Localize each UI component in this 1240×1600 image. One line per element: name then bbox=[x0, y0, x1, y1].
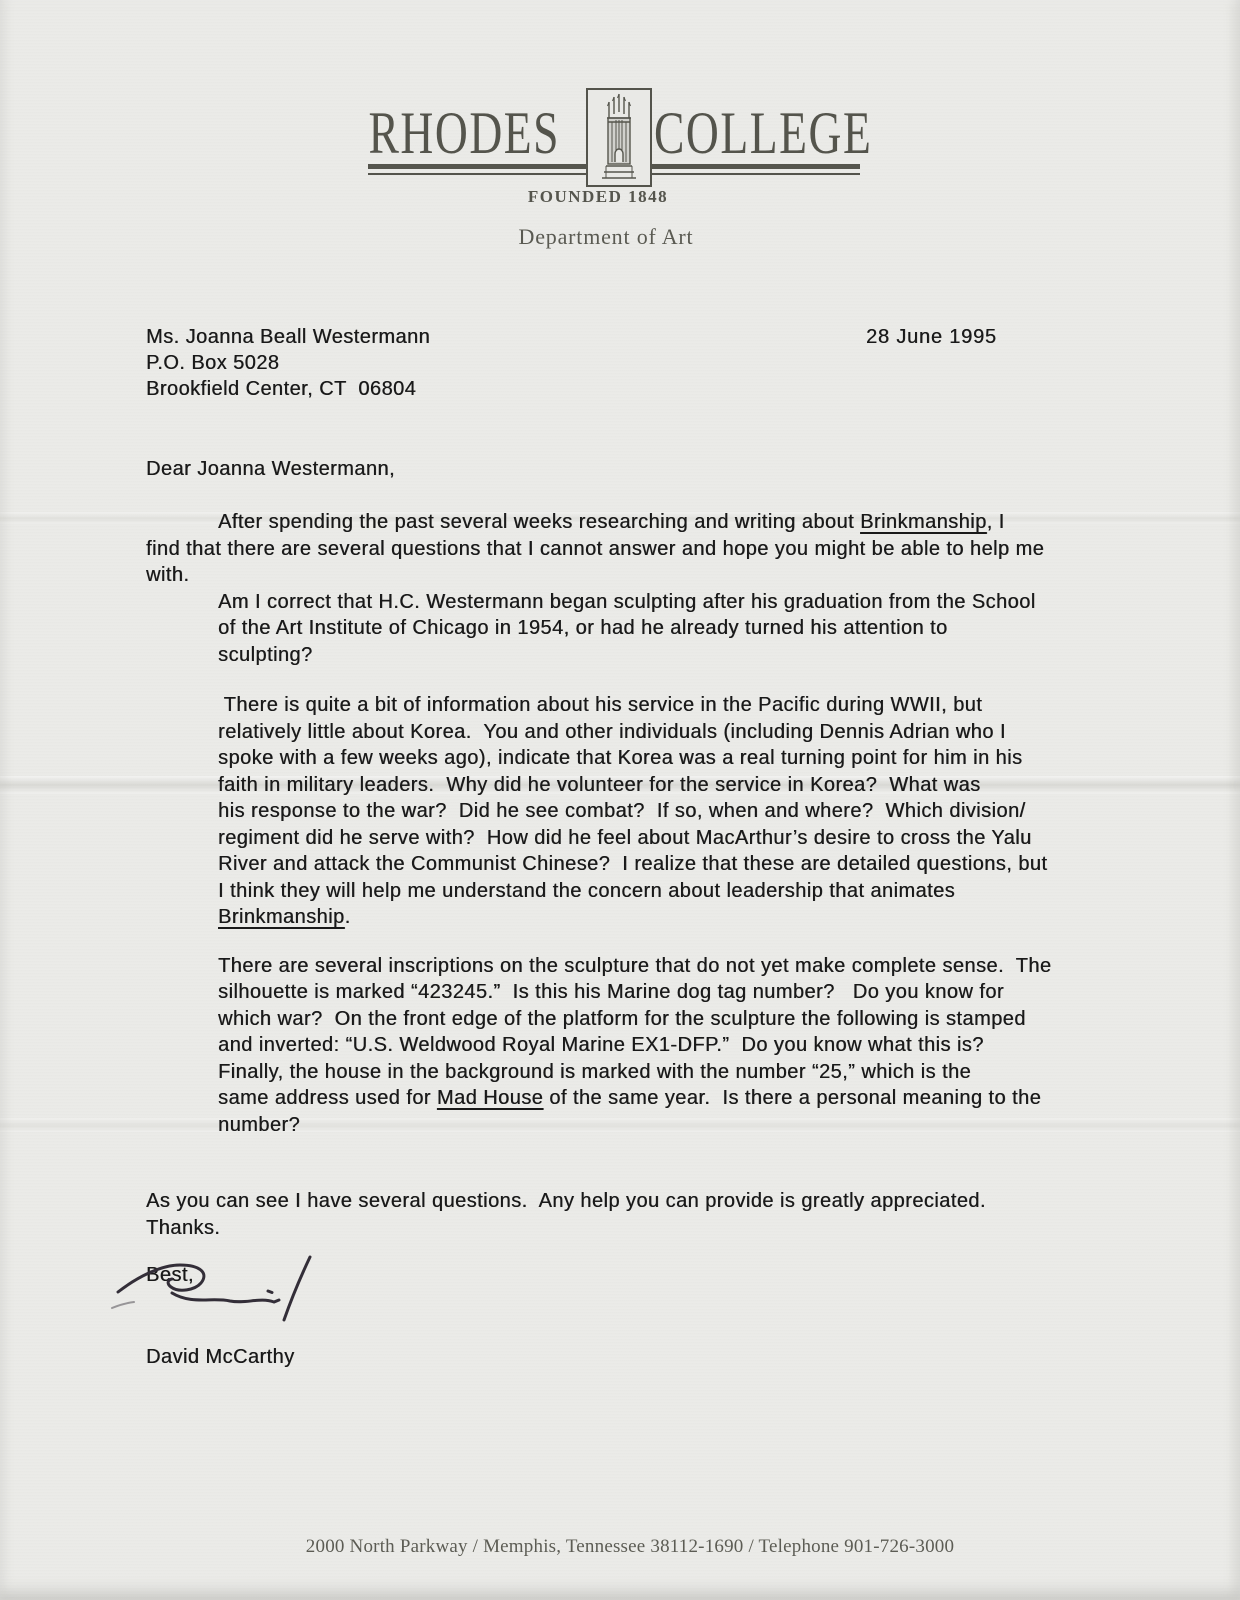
recipient-line: Brookfield Center, CT 06804 bbox=[146, 376, 430, 402]
recipient-block: Ms. Joanna Beall WestermannP.O. Box 5028… bbox=[146, 324, 430, 402]
letterhead-wordmark-right: COLLEGE bbox=[654, 103, 941, 167]
letter-line: There is quite a bit of information abou… bbox=[146, 692, 1126, 719]
date-line: 28 June 1995 bbox=[866, 324, 997, 351]
handwritten-signature-icon bbox=[110, 1252, 332, 1336]
department-line: Department of Art bbox=[0, 224, 1226, 250]
recipient-line: Ms. Joanna Beall Westermann bbox=[146, 324, 430, 350]
letter-line: which war? On the front edge of the plat… bbox=[146, 1006, 1126, 1033]
signed-name: David McCarthy bbox=[146, 1344, 295, 1371]
letterhead-wordmark-left: RHODES bbox=[0, 103, 560, 167]
letter-line: same address used for Mad House of the s… bbox=[146, 1085, 1126, 1112]
letter-line: Finally, the house in the background is … bbox=[146, 1059, 1126, 1086]
letter-line: Brinkmanship. bbox=[146, 904, 1126, 931]
letter-line: find that there are several questions th… bbox=[146, 536, 1126, 563]
letter-line: faith in military leaders. Why did he vo… bbox=[146, 772, 1126, 799]
letter-line: his response to the war? Did he see comb… bbox=[146, 798, 1126, 825]
letter-line: of the Art Institute of Chicago in 1954,… bbox=[146, 615, 1126, 642]
letter-line: spoke with a few weeks ago), indicate th… bbox=[146, 745, 1126, 772]
letter-line: I think they will help me understand the… bbox=[146, 878, 1126, 905]
scanned-letter-page: RHODES COLLEGE FOUNDED 1848 Depar bbox=[0, 0, 1240, 1600]
founded-line: FOUNDED 1848 bbox=[0, 187, 1218, 207]
letter-line: and inverted: “U.S. Weldwood Royal Marin… bbox=[146, 1032, 1126, 1059]
letter-line: silhouette is marked “423245.” Is this h… bbox=[146, 979, 1126, 1006]
letter-line: As you can see I have several questions.… bbox=[146, 1188, 1126, 1215]
tower-emblem-icon bbox=[586, 88, 652, 187]
letter-line: Thanks. bbox=[146, 1215, 1126, 1242]
paragraph: After spending the past several weeks re… bbox=[146, 509, 1126, 589]
letter-line: After spending the past several weeks re… bbox=[146, 509, 1126, 536]
paragraph: Am I correct that H.C. Westermann began … bbox=[146, 589, 1126, 669]
paragraph: There are several inscriptions on the sc… bbox=[146, 953, 1126, 1139]
letter-line: regiment did he serve with? How did he f… bbox=[146, 825, 1126, 852]
paragraph: As you can see I have several questions.… bbox=[146, 1188, 1126, 1241]
letter-body: After spending the past several weeks re… bbox=[146, 509, 1126, 1241]
salutation: Dear Joanna Westermann, bbox=[146, 456, 395, 483]
letter-line: Am I correct that H.C. Westermann began … bbox=[146, 589, 1126, 616]
letter-line: River and attack the Communist Chinese? … bbox=[146, 851, 1126, 878]
letter-line: sculpting? bbox=[146, 642, 1126, 669]
paragraph: There is quite a bit of information abou… bbox=[146, 692, 1126, 931]
letter-line: with. bbox=[146, 562, 1126, 589]
letter-line: There are several inscriptions on the sc… bbox=[146, 953, 1126, 980]
recipient-line: P.O. Box 5028 bbox=[146, 350, 430, 376]
letter-line: relatively little about Korea. You and o… bbox=[146, 719, 1126, 746]
letter-line: number? bbox=[146, 1112, 1126, 1139]
footer-contact-line: 2000 North Parkway / Memphis, Tennessee … bbox=[10, 1536, 1240, 1558]
